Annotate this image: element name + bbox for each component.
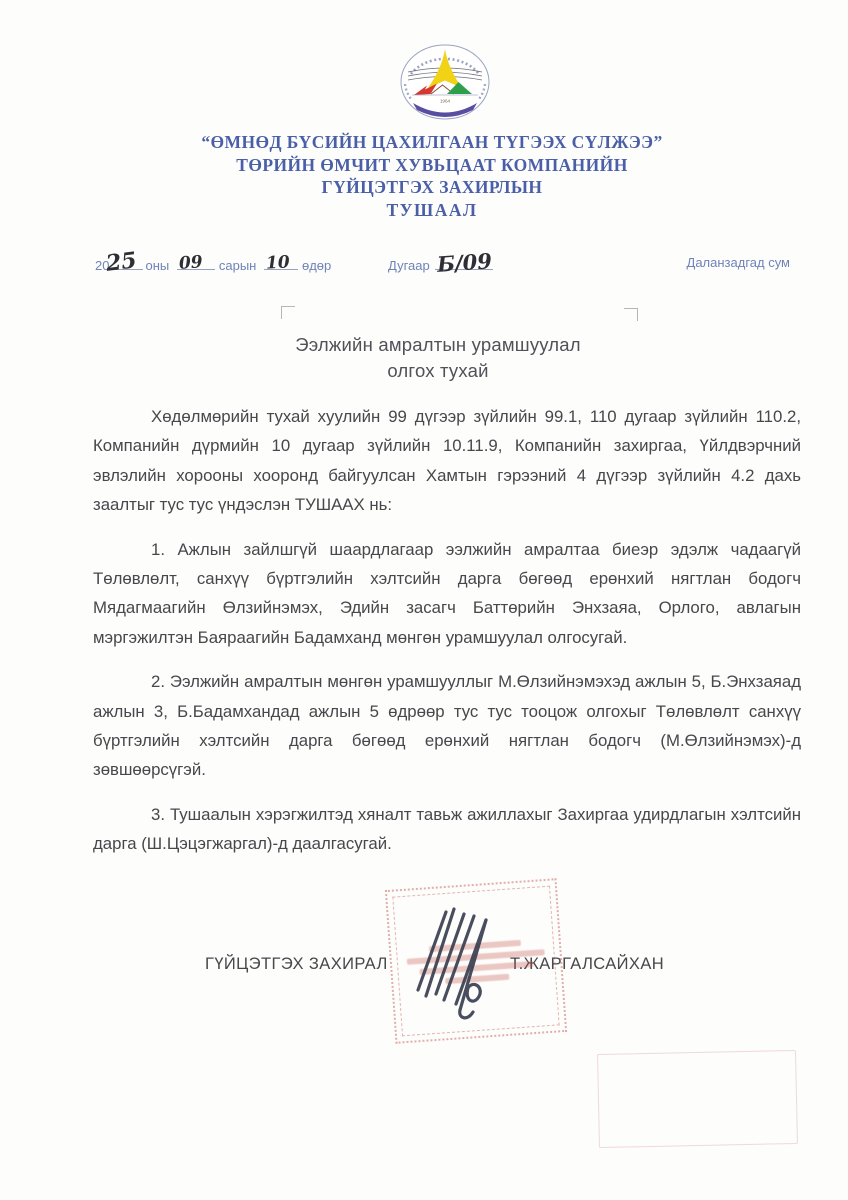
- subject-line1: Ээлжийн амралтын урамшуулал: [30, 332, 846, 358]
- handwritten-year: 25: [105, 249, 138, 275]
- date-fields: 2025оны 09сарын 10өдөр: [95, 255, 331, 273]
- handwritten-number: Б/09: [436, 250, 492, 275]
- logo-year: 1964: [440, 99, 451, 104]
- month-label: сарын: [219, 258, 256, 273]
- order-item-3: 3. Тушаалын хэрэгжилтэд хяналт тавьж ажи…: [93, 800, 801, 859]
- dateline: 2025оны 09сарын 10өдөр ДугаарБ/09 Даланз…: [0, 247, 848, 281]
- subject-line2: олгох тухай: [30, 358, 846, 384]
- document-type: ТУШААЛ: [16, 199, 848, 222]
- number-blank: Б/09: [435, 255, 493, 270]
- number-label: Дугаар: [388, 258, 430, 273]
- letterhead: “ӨМНӨД БҮСИЙН ЦАХИЛГААН ТҮГЭЭХ СҮЛЖЭЭ” Т…: [16, 131, 848, 221]
- handwritten-day: 10: [266, 254, 291, 272]
- year-blank: 25: [109, 255, 143, 270]
- subject-corner-right: [624, 308, 638, 321]
- handwritten-month: 09: [178, 254, 203, 273]
- company-logo: 1964: [394, 42, 496, 122]
- location-label: Даланзадгад сум: [687, 255, 790, 270]
- handwritten-signature: [398, 892, 530, 1028]
- order-item-1: 1. Ажлын зайлшгүй шаардлагаар ээлжийн ам…: [93, 535, 801, 653]
- signer-title: ГҮЙЦЭТГЭХ ЗАХИРАЛ: [205, 955, 388, 974]
- day-label: өдөр: [302, 258, 331, 273]
- subject-title: Ээлжийн амралтын урамшуулал олгох тухай: [30, 332, 846, 384]
- org-name-line2: ТӨРИЙН ӨМЧИТ ХУВЬЦААТ КОМПАНИЙН: [16, 154, 848, 177]
- faded-stamp-outline: [597, 1050, 798, 1148]
- subject-corner-left: [281, 306, 295, 319]
- preamble-paragraph: Хөдөлмөрийн тухай хуулийн 99 дүгээр зүйл…: [93, 402, 801, 520]
- month-blank: 09: [177, 255, 215, 270]
- org-name-line1: “ӨМНӨД БҮСИЙН ЦАХИЛГААН ТҮГЭЭХ СҮЛЖЭЭ”: [16, 131, 848, 154]
- year-label: оны: [145, 258, 169, 273]
- org-name-line3: ГҮЙЦЭТГЭХ ЗАХИРЛЫН: [16, 176, 848, 199]
- order-item-2: 2. Ээлжийн амралтын мөнгөн урамшууллыг М…: [93, 667, 801, 785]
- document-number-field: ДугаарБ/09: [388, 255, 493, 273]
- day-blank: 10: [264, 255, 298, 270]
- document-page: 1964 “ӨМНӨД БҮСИЙН ЦАХИЛГААН ТҮГЭЭХ СҮЛЖ…: [0, 0, 848, 1200]
- company-logo-icon: 1964: [394, 42, 496, 122]
- order-body: Хөдөлмөрийн тухай хуулийн 99 дүгээр зүйл…: [93, 402, 801, 874]
